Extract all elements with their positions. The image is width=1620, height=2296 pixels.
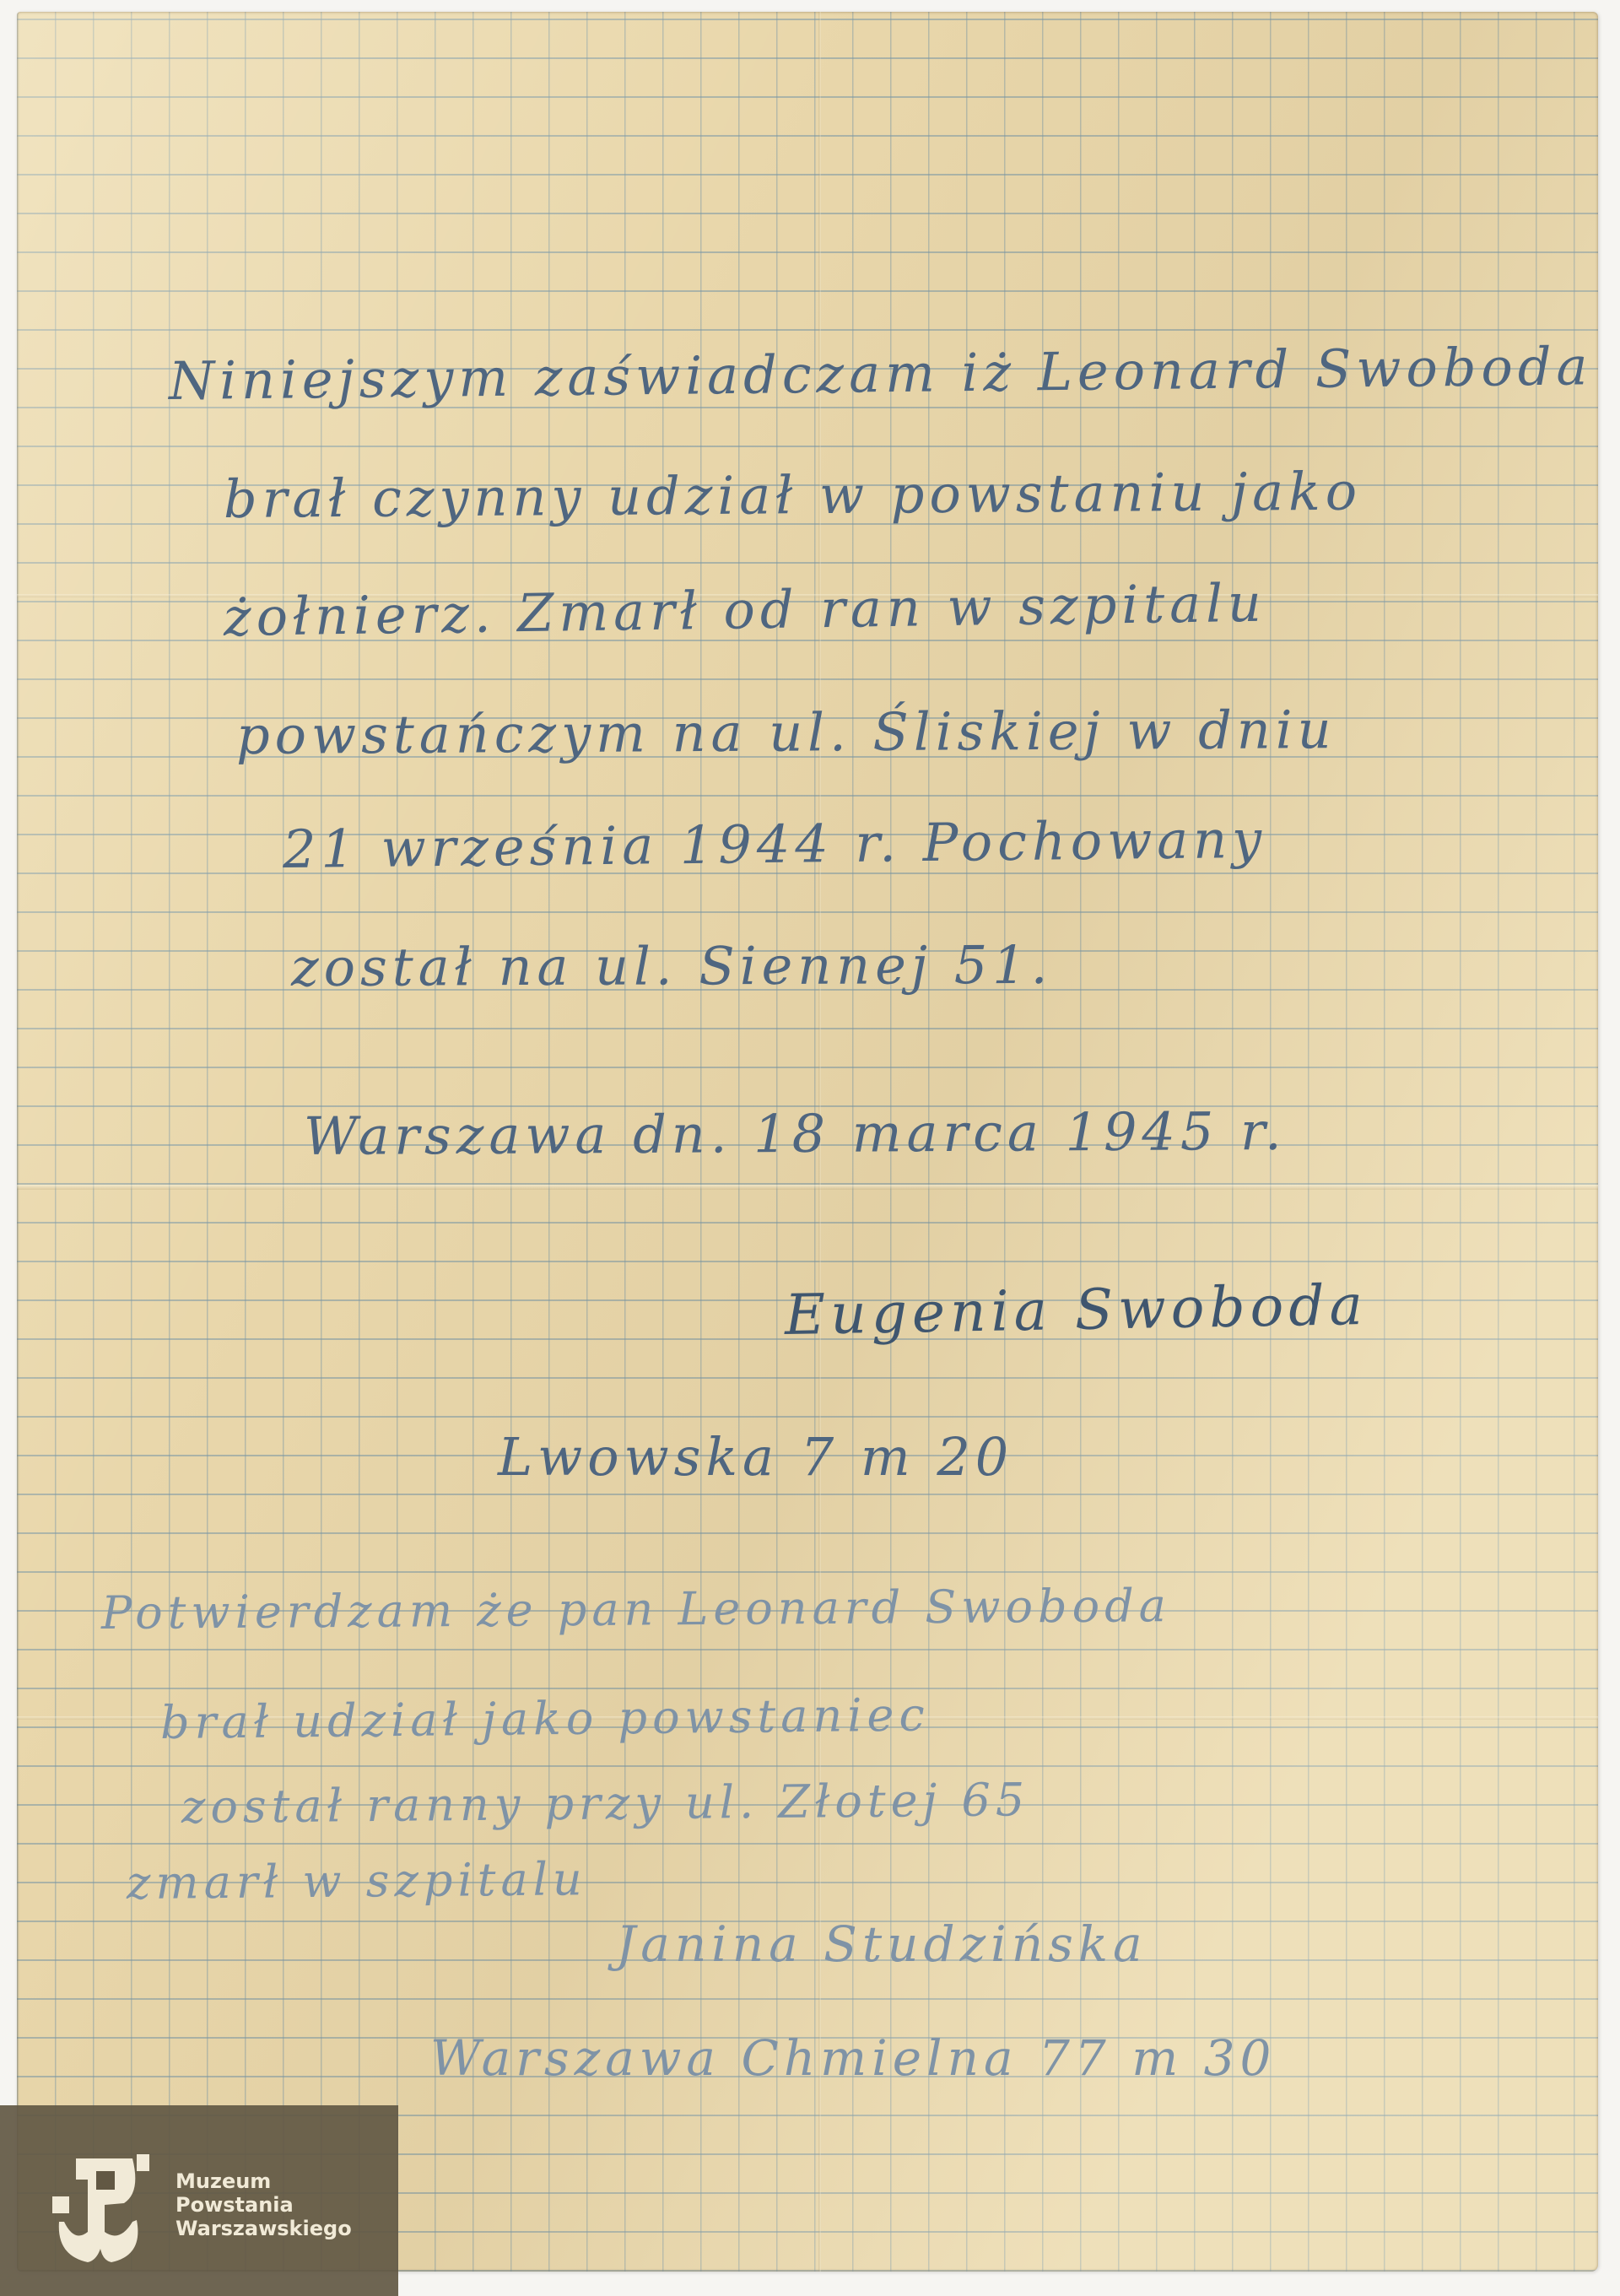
- statement-line: brał czynny udział w powstaniu jako: [224, 461, 1363, 530]
- museum-name-line: Powstania: [175, 2193, 352, 2217]
- confirmation-line: zmarł w szpitalu: [127, 1852, 587, 1910]
- signature-eugenia: Eugenia Swoboda: [784, 1272, 1368, 1348]
- confirmation-line: brał udział jako powstaniec: [160, 1688, 930, 1749]
- horizontal-fold-crease: [17, 1185, 1598, 1190]
- kotwica-anchor-icon: [52, 2154, 149, 2264]
- confirmation-line: Potwierdzam że pan Leonard Swoboda: [101, 1579, 1171, 1640]
- address-lwowska: Lwowska 7 m 20: [498, 1426, 1013, 1488]
- place-and-date: Warszawa dn. 18 marca 1945 r.: [304, 1100, 1287, 1167]
- museum-name-line: Warszawskiego: [175, 2217, 352, 2240]
- signature-janina: Janina Studzińska: [616, 1915, 1147, 1973]
- museum-name-line: Muzeum: [175, 2169, 352, 2193]
- address-chmielna: Warszawa Chmielna 77 m 30: [430, 2029, 1276, 2087]
- statement-line: 21 września 1944 r. Pochowany: [283, 808, 1267, 880]
- museum-watermark: Muzeum Powstania Warszawskiego: [0, 2105, 398, 2296]
- statement-line: został na ul. Siennej 51.: [291, 934, 1053, 998]
- museum-name: Muzeum Powstania Warszawskiego: [175, 2169, 352, 2240]
- confirmation-line: został ranny przy ul. Złotej 65: [181, 1773, 1030, 1834]
- statement-line: powstańczym na ul. Śliskiej w dniu: [236, 699, 1336, 766]
